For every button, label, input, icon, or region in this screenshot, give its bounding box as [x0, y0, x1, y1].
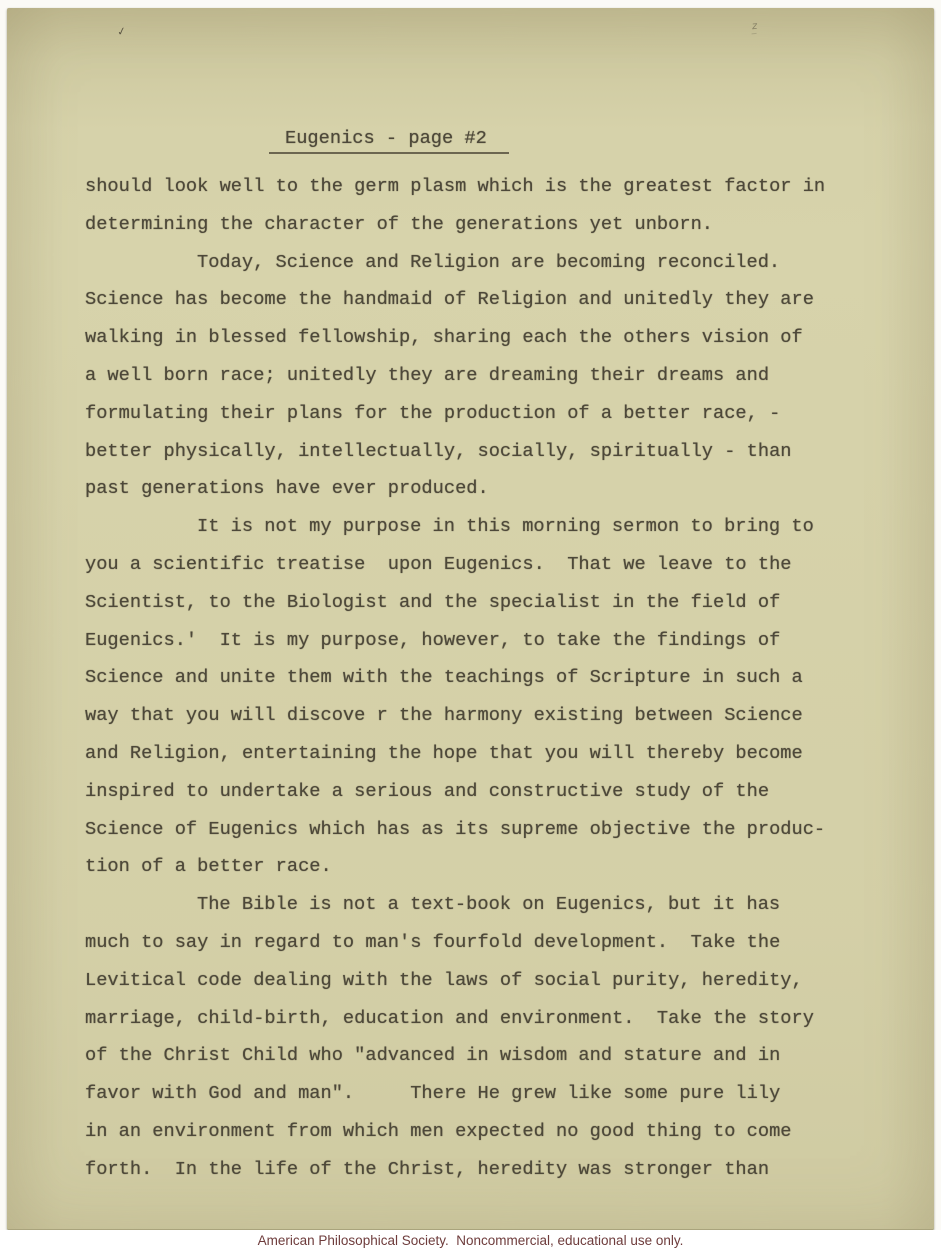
text-line: formulating their plans for the producti… [85, 395, 847, 433]
paragraph: The Bible is not a text-book on Eugenics… [85, 886, 847, 1188]
text-line: determining the character of the generat… [85, 206, 847, 244]
text-line: in an environment from which men expecte… [85, 1113, 847, 1151]
text-line: better physically, intellectually, socia… [85, 433, 847, 471]
text-line: favor with God and man". There He grew l… [85, 1075, 847, 1113]
text-line: Scientist, to the Biologist and the spec… [85, 584, 847, 622]
text-line: inspired to undertake a serious and cons… [85, 773, 847, 811]
text-line: Science has become the handmaid of Relig… [85, 281, 847, 319]
text-line: tion of a better race. [85, 848, 847, 886]
text-line: Levitical code dealing with the laws of … [85, 962, 847, 1000]
text-line: much to say in regard to man's fourfold … [85, 924, 847, 962]
text-line: marriage, child-birth, education and env… [85, 1000, 847, 1038]
page-title-row: Eugenics - page #2 [269, 126, 509, 154]
text-line: It is not my purpose in this morning ser… [85, 508, 847, 546]
document-body: should look well to the germ plasm which… [85, 168, 847, 1189]
text-line: forth. In the life of the Christ, heredi… [85, 1151, 847, 1189]
text-line: should look well to the germ plasm which… [85, 168, 847, 206]
page-title: Eugenics - page #2 [269, 126, 509, 154]
footer-credit: American Philosophical Society. Noncomme… [258, 1230, 684, 1252]
paragraph: It is not my purpose in this morning ser… [85, 508, 847, 886]
paragraph: should look well to the germ plasm which… [85, 168, 847, 244]
text-line: Today, Science and Religion are becoming… [85, 244, 847, 282]
text-line: and Religion, entertaining the hope that… [85, 735, 847, 773]
footer-strip: American Philosophical Society. Noncomme… [0, 1230, 941, 1253]
text-line: of the Christ Child who "advanced in wis… [85, 1037, 847, 1075]
pencil-smudge-mark: z [752, 21, 758, 35]
text-line: a well born race; unitedly they are drea… [85, 357, 847, 395]
text-line: way that you will discove r the harmony … [85, 697, 847, 735]
scanned-document-view: ✓ z Eugenics - page #2 should look well … [0, 0, 941, 1253]
text-line: walking in blessed fellowship, sharing e… [85, 319, 847, 357]
text-line: Science and unite them with the teaching… [85, 659, 847, 697]
text-line: you a scientific treatise upon Eugenics.… [85, 546, 847, 584]
text-line: past generations have ever produced. [85, 470, 847, 508]
text-line: The Bible is not a text-book on Eugenics… [85, 886, 847, 924]
paragraph: Today, Science and Religion are becoming… [85, 244, 847, 509]
text-line: Science of Eugenics which has as its sup… [85, 811, 847, 849]
text-line: Eugenics.' It is my purpose, however, to… [85, 622, 847, 660]
